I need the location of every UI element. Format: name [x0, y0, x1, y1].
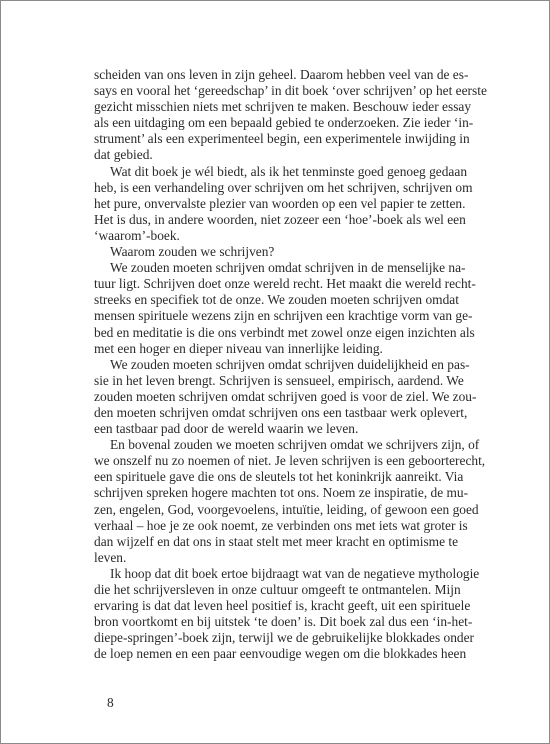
text-line: Ik hoop dat dit boek ertoe bijdraagt wat… [94, 566, 448, 582]
text-line: Waarom zouden we schrijven? [94, 244, 448, 260]
text-line: We zouden moeten schrijven omdat schrijv… [94, 260, 448, 276]
paragraph: En bovenal zouden we moeten schrijven om… [94, 437, 448, 566]
text-line: een spirituele gave die ons de sleutels … [94, 469, 448, 485]
text-line: het pure, onvervalste plezier van woorde… [94, 196, 448, 212]
paragraph: Wat dit boek je wél biedt, als ik het te… [94, 164, 448, 244]
text-line: strument’ als een experimenteel begin, e… [94, 131, 448, 147]
text-line: heb, is een verhandeling over schrijven … [94, 180, 448, 196]
text-line: we onszelf nu zo noemen of niet. Je leve… [94, 453, 448, 469]
text-line: Het is dus, in andere woorden, niet zoze… [94, 212, 448, 228]
text-line: We zouden moeten schrijven omdat schrijv… [94, 357, 448, 373]
text-line: den moeten schrijven omdat schrijven ons… [94, 405, 448, 421]
text-line: says en vooral het ‘gereedschap’ in dit … [94, 83, 448, 99]
text-line: bed en meditatie is die ons verbindt met… [94, 325, 448, 341]
paragraph: scheiden van ons leven in zijn geheel. D… [94, 67, 448, 164]
paragraph: Waarom zouden we schrijven? [94, 244, 448, 260]
text-line: dat gebied. [94, 147, 448, 163]
text-line: En bovenal zouden we moeten schrijven om… [94, 437, 448, 453]
text-line: ervaring is dat dat leven heel positief … [94, 598, 448, 614]
text-line: Wat dit boek je wél biedt, als ik het te… [94, 164, 448, 180]
text-line: zouden moeten schrijven omdat schrijven … [94, 389, 448, 405]
text-line: diepe-springen’-boek zijn, terwijl we de… [94, 630, 448, 646]
text-line: die het schrijversleven in onze cultuur … [94, 582, 448, 598]
text-line: gezicht misschien niets met schrijven te… [94, 99, 448, 115]
paragraph: We zouden moeten schrijven omdat schrijv… [94, 260, 448, 357]
text-line: zen, engelen, God, voorgevoelens, intuït… [94, 502, 448, 518]
text-line: scheiden van ons leven in zijn geheel. D… [94, 67, 448, 83]
text-line: streeks en specifiek tot de onze. We zou… [94, 292, 448, 308]
paragraph: Ik hoop dat dit boek ertoe bijdraagt wat… [94, 566, 448, 663]
text-line: een tastbaar pad door de wereld waarin w… [94, 421, 448, 437]
text-line: sie in het leven brengt. Schrijven is se… [94, 373, 448, 389]
text-line: bron voortkomt en bij uitstek ‘te doen’ … [94, 614, 448, 630]
text-line: ‘waarom’-boek. [94, 228, 448, 244]
text-line: met een hoger en dieper niveau van inner… [94, 341, 448, 357]
text-line: de loep nemen en een paar eenvoudige weg… [94, 646, 448, 662]
text-line: leven. [94, 550, 448, 566]
paragraph: We zouden moeten schrijven omdat schrijv… [94, 357, 448, 437]
text-line: mensen spirituele wezens zijn en schrijv… [94, 308, 448, 324]
text-line: verhaal – hoe je ze ook noemt, ze verbin… [94, 518, 448, 534]
text-line: schrijven spreken hogere machten tot ons… [94, 485, 448, 501]
text-line: dan wijzelf en dat ons in staat stelt me… [94, 534, 448, 550]
text-line: als een uitdaging om een bepaald gebied … [94, 115, 448, 131]
body-text: scheiden van ons leven in zijn geheel. D… [94, 67, 448, 662]
book-page: scheiden van ons leven in zijn geheel. D… [0, 0, 550, 744]
page-number: 8 [107, 695, 114, 711]
text-line: tuur ligt. Schrijven doet onze wereld re… [94, 276, 448, 292]
